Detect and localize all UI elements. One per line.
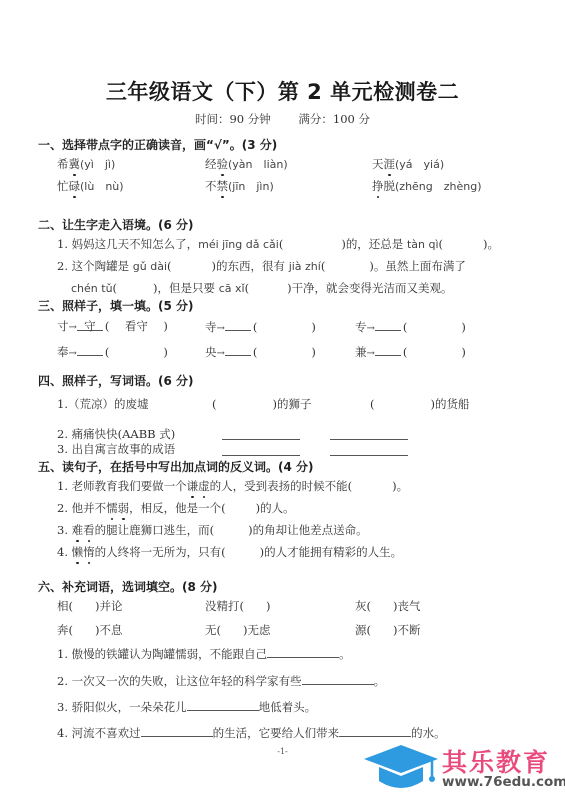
context-sentence: 1. 妈妈这几天不知怎么了，méi jīng dǎ cǎi()的，还总是 tàn… bbox=[57, 236, 499, 252]
sentence-text: 的生活，它要给人们带来 bbox=[213, 726, 340, 740]
answer-blank[interactable] bbox=[375, 343, 401, 356]
dotted-word: 经验 bbox=[205, 157, 228, 171]
emphasis-char: 碌 bbox=[69, 178, 81, 194]
base-char: 寸 bbox=[57, 319, 69, 333]
exam-time: 时间：90 分钟 bbox=[195, 112, 271, 126]
idiom-prefix: 无( bbox=[205, 623, 221, 637]
paren-open: ( bbox=[403, 345, 408, 359]
paren-open: ( bbox=[105, 345, 110, 359]
paren-close: ) bbox=[163, 345, 168, 359]
sentence-text: ，但是只要 bbox=[158, 281, 219, 295]
antonym-sentence: 1. 老师教育我们要做一个谦虚的人，受到表扬的时候不能()。 bbox=[57, 478, 408, 494]
arrow-icon: → bbox=[367, 323, 375, 334]
sentence-text: )。 bbox=[392, 479, 408, 493]
answer-blank[interactable] bbox=[77, 343, 103, 356]
sentence-text: 。 bbox=[374, 674, 386, 688]
paren-close: ) bbox=[311, 320, 316, 334]
dotted-word: 天涯 bbox=[372, 157, 395, 171]
sentence-text: 的腿让鹿狮口逃生，而( bbox=[95, 523, 215, 537]
emphasis-char: 懒 bbox=[72, 544, 84, 560]
base-char: 央 bbox=[205, 345, 217, 359]
idiom-prefix: 源( bbox=[355, 623, 371, 637]
answer-blank[interactable] bbox=[375, 318, 401, 331]
dotted-word: 难看 bbox=[72, 523, 95, 537]
emphasis-char: 弱 bbox=[118, 500, 130, 516]
emphasis-char: 虚 bbox=[198, 478, 210, 494]
paren-close: ) bbox=[163, 319, 168, 333]
answer-blank[interactable]: 守 bbox=[77, 318, 103, 331]
section-4-line-2: 2. 痛痛快快(AABB 式) bbox=[57, 426, 175, 442]
antonym-sentence: 2. 他并不懦弱，相反，他是一个()的人。 bbox=[57, 500, 295, 516]
pinyin: chén tǔ bbox=[71, 282, 113, 295]
arrow-icon: → bbox=[367, 348, 375, 359]
emphasis-char: 懦 bbox=[106, 500, 118, 516]
arrow-icon: → bbox=[217, 323, 225, 334]
answer-blank[interactable] bbox=[339, 724, 411, 737]
paren-open: ( bbox=[279, 237, 284, 251]
sentence-text: 。 bbox=[488, 237, 500, 251]
sentence-text: 的，还总是 bbox=[346, 237, 407, 251]
arrow-icon: → bbox=[69, 348, 77, 359]
section-4-blank-2[interactable]: ()的货船 bbox=[370, 396, 470, 412]
pronunciation-item[interactable]: 不禁(jīn jìn) bbox=[205, 178, 274, 194]
emphasis-char: 冀 bbox=[69, 156, 81, 172]
paren-close: ) bbox=[461, 320, 466, 334]
pinyin: cā xǐ bbox=[219, 282, 245, 295]
paren-open: ( bbox=[245, 281, 250, 295]
word-blank[interactable]: 看守 bbox=[109, 318, 163, 334]
section-5-heading: 五、读句子，在括号中写出加点词的反义词。(4 分) bbox=[38, 458, 314, 475]
sentence-text: )的角却让他差点送命。 bbox=[248, 523, 368, 537]
arrow-icon: → bbox=[69, 322, 77, 333]
exam-score: 满分：100 分 bbox=[298, 112, 370, 126]
answer-blank[interactable] bbox=[222, 443, 300, 456]
sentence-text: 3. 骄阳似火，一朵朵花儿 bbox=[57, 700, 187, 714]
emphasis-char: 涯 bbox=[384, 156, 396, 172]
idiom-item[interactable]: 相()并论 bbox=[57, 598, 123, 614]
sentence-text: 4. bbox=[57, 545, 72, 559]
fill-sentence: 3. 骄阳似火，一朵朵花儿地低着头。 bbox=[57, 698, 316, 715]
paren-open: ( bbox=[167, 259, 172, 273]
idiom-prefix: 灰( bbox=[355, 599, 371, 613]
pronunciation-item[interactable]: 挣脱(zhēng zhèng) bbox=[372, 178, 482, 194]
pronunciation-item[interactable]: 忙碌(lù nù) bbox=[57, 178, 124, 194]
paren-open: ( bbox=[403, 320, 408, 334]
dotted-word: 忙碌 bbox=[57, 179, 80, 193]
answer-blank[interactable] bbox=[225, 343, 251, 356]
arrow-icon: → bbox=[217, 348, 225, 359]
pronunciation-item[interactable]: 希冀(yì jì) bbox=[57, 156, 115, 172]
idiom-prefix: 奔( bbox=[57, 623, 73, 637]
sentence-text: ，相反，他是一个( bbox=[129, 501, 226, 515]
answer-blank[interactable] bbox=[225, 318, 251, 331]
paren-open: ( bbox=[253, 320, 258, 334]
emphasis-char: 惰 bbox=[83, 544, 95, 560]
sentence-text: 干净，就会变得光洁而又美观。 bbox=[292, 281, 453, 295]
graduation-cap-icon bbox=[362, 743, 440, 793]
sentence-text: 的东西，很有 bbox=[216, 259, 289, 273]
sentence-text: )的人才能拥有精彩的人生。 bbox=[260, 545, 403, 559]
pinyin-options[interactable]: (yá yiá) bbox=[395, 158, 444, 171]
char-transform-item[interactable]: 央→() bbox=[205, 343, 316, 360]
example-text: 1.（荒凉）的废墟 bbox=[57, 397, 148, 411]
sentence-text: 1. 老师教育我们要做一个 bbox=[57, 479, 187, 493]
emphasis-char: 禁 bbox=[217, 178, 229, 194]
idiom-suffix: )无虑 bbox=[243, 623, 271, 637]
idiom-suffix: )不断 bbox=[393, 623, 421, 637]
answer-blank[interactable] bbox=[302, 672, 374, 685]
section-4-line-3: 3. 出自寓言故事的成语 bbox=[57, 441, 175, 457]
dotted-word: 不禁 bbox=[205, 179, 228, 193]
pinyin: jià zhí bbox=[289, 260, 321, 273]
idiom-item[interactable]: 没精打() bbox=[205, 598, 271, 614]
sentence-text: 3. bbox=[57, 523, 72, 537]
idiom-suffix: ) bbox=[266, 599, 271, 613]
brand-url: www.76edu.com bbox=[442, 774, 565, 790]
paren-open: ( bbox=[253, 345, 258, 359]
emphasis-char: 挣 bbox=[372, 178, 384, 194]
base-char: 专 bbox=[355, 320, 367, 334]
dotted-word: 懒惰 bbox=[72, 545, 95, 559]
char-transform-item[interactable]: 兼→() bbox=[355, 343, 466, 360]
pinyin-options[interactable]: (yì jì) bbox=[80, 158, 115, 171]
emphasis-char: 难 bbox=[72, 522, 84, 538]
fill-sentence: 2. 一次又一次的失败，让这位年轻的科学家有些。 bbox=[57, 672, 385, 689]
section-1-heading: 一、选择带点字的正确读音，画“√”。(3 分) bbox=[38, 136, 277, 153]
char: 脱 bbox=[384, 179, 396, 193]
idiom-item[interactable]: 奔()不息 bbox=[57, 622, 123, 638]
section-4-heading: 四、照样子，写词语。(6 分) bbox=[38, 372, 194, 389]
pinyin-options[interactable]: (lù nù) bbox=[80, 180, 124, 193]
paren-close: ) bbox=[311, 345, 316, 359]
antonym-sentence: 3. 难看的腿让鹿狮口逃生，而()的角却让他差点送命。 bbox=[57, 522, 368, 538]
answer-blank[interactable] bbox=[267, 645, 339, 658]
char-transform-item[interactable]: 寺→() bbox=[205, 318, 316, 335]
dotted-word: 挣脱 bbox=[372, 179, 395, 193]
answer-blank[interactable] bbox=[141, 724, 213, 737]
section-4-blank-1[interactable]: ()的狮子 bbox=[212, 396, 312, 412]
char: 经 bbox=[205, 157, 217, 171]
base-char: 寺 bbox=[205, 320, 217, 334]
char: 不 bbox=[205, 179, 217, 193]
sentence-text: 的人终将一无所为，只有( bbox=[95, 545, 226, 559]
pinyin: tàn qì bbox=[407, 238, 439, 251]
answer-blank[interactable] bbox=[222, 427, 300, 440]
sentence-text: 1. 妈妈这几天不知怎么了， bbox=[57, 237, 198, 251]
context-sentence: 2. 这个陶罐是 gǔ dài()的东西，很有 jià zhí()。虽然上面布满… bbox=[57, 258, 466, 274]
pinyin-options[interactable]: (jīn jìn) bbox=[228, 180, 274, 193]
char-transform-item[interactable]: 专→() bbox=[355, 318, 466, 335]
answer-blank[interactable] bbox=[330, 427, 408, 440]
fill-sentence: 1. 傲慢的铁罐认为陶罐懦弱，不能跟自己。 bbox=[57, 645, 351, 662]
sentence-text: 的水。 bbox=[411, 726, 446, 740]
section-4-line-1: 1.（荒凉）的废墟 bbox=[57, 396, 148, 412]
emphasis-char: 谦 bbox=[187, 478, 199, 494]
char-transform-item[interactable]: 寸→守(看守) bbox=[57, 318, 168, 334]
sentence-text: 4. 河流不喜欢过 bbox=[57, 726, 141, 740]
idiom-item[interactable]: 灰()丧气 bbox=[355, 598, 421, 614]
paren-open: ( bbox=[113, 281, 118, 295]
paren-close: ) bbox=[461, 345, 466, 359]
pronunciation-item[interactable]: 天涯(yá yiá) bbox=[372, 156, 444, 172]
dotted-word: 谦虚 bbox=[187, 479, 210, 493]
char: 天 bbox=[372, 157, 384, 171]
pinyin-options[interactable]: (yàn liàn) bbox=[228, 158, 288, 171]
dotted-word: 懦弱 bbox=[106, 501, 129, 515]
exam-info: 时间：90 分钟 满分：100 分 bbox=[0, 111, 565, 127]
idiom-suffix: )不息 bbox=[95, 623, 123, 637]
section-3-heading: 三、照样子，填一填。(5 分) bbox=[38, 297, 194, 314]
idiom-prefix: 相( bbox=[57, 599, 73, 613]
fill-sentence: 4. 河流不喜欢过的生活，它要给人们带来的水。 bbox=[57, 724, 446, 741]
sentence-text: 的人，受到表扬的时候不能( bbox=[210, 479, 353, 493]
idiom-item[interactable]: 源()不断 bbox=[355, 622, 421, 638]
base-char: 兼 bbox=[355, 345, 367, 359]
sentence-text: 2. 他并不 bbox=[57, 501, 106, 515]
sentence-text: 地低着头。 bbox=[259, 700, 317, 714]
sentence-text: 1. 傲慢的铁罐认为陶罐懦弱，不能跟自己 bbox=[57, 647, 267, 661]
sentence-text: )的人。 bbox=[256, 501, 295, 515]
sentence-text: 。 bbox=[339, 647, 351, 661]
idiom-suffix: )并论 bbox=[95, 599, 123, 613]
char-transform-item[interactable]: 奉→() bbox=[57, 343, 168, 360]
idiom-prefix: 没精打( bbox=[205, 599, 244, 613]
paren-open: ( bbox=[321, 259, 326, 273]
pinyin: gǔ dài bbox=[133, 260, 167, 273]
section-2-heading: 二、让生字走入语境。(6 分) bbox=[38, 216, 194, 233]
page-title: 三年级语文（下）第 2 单元检测卷二 bbox=[0, 76, 565, 106]
pinyin: méi jīng dǎ cǎi bbox=[198, 238, 279, 251]
char: 忙 bbox=[57, 179, 69, 193]
paren-open: ( bbox=[439, 237, 444, 251]
sentence-text: 。虽然上面布满了 bbox=[374, 259, 466, 273]
answer-blank[interactable] bbox=[187, 698, 259, 711]
base-char: 奉 bbox=[57, 345, 69, 359]
sentence-text: 2. 这个陶罐是 bbox=[57, 259, 133, 273]
answer-blank[interactable] bbox=[330, 443, 408, 456]
context-sentence: chén tǔ()，但是只要 cā xǐ()干净，就会变得光洁而又美观。 bbox=[71, 280, 453, 296]
dotted-word: 希冀 bbox=[57, 157, 80, 171]
char: 希 bbox=[57, 157, 69, 171]
brand-logo[interactable]: 其乐教育 www.76edu.com bbox=[362, 743, 562, 793]
emphasis-char: 验 bbox=[217, 156, 229, 172]
emphasis-char: 看 bbox=[83, 522, 95, 538]
section-6-heading: 六、补充词语，选词填空。(8 分) bbox=[38, 578, 218, 595]
idiom-item[interactable]: 无()无虑 bbox=[205, 622, 271, 638]
sentence-text: 2. 一次又一次的失败，让这位年轻的科学家有些 bbox=[57, 674, 302, 688]
antonym-sentence: 4. 懒惰的人终将一无所为，只有()的人才能拥有精彩的人生。 bbox=[57, 544, 402, 560]
pinyin-options[interactable]: (zhēng zhèng) bbox=[395, 180, 482, 193]
pronunciation-item[interactable]: 经验(yàn liàn) bbox=[205, 156, 288, 172]
idiom-suffix: )丧气 bbox=[393, 599, 421, 613]
